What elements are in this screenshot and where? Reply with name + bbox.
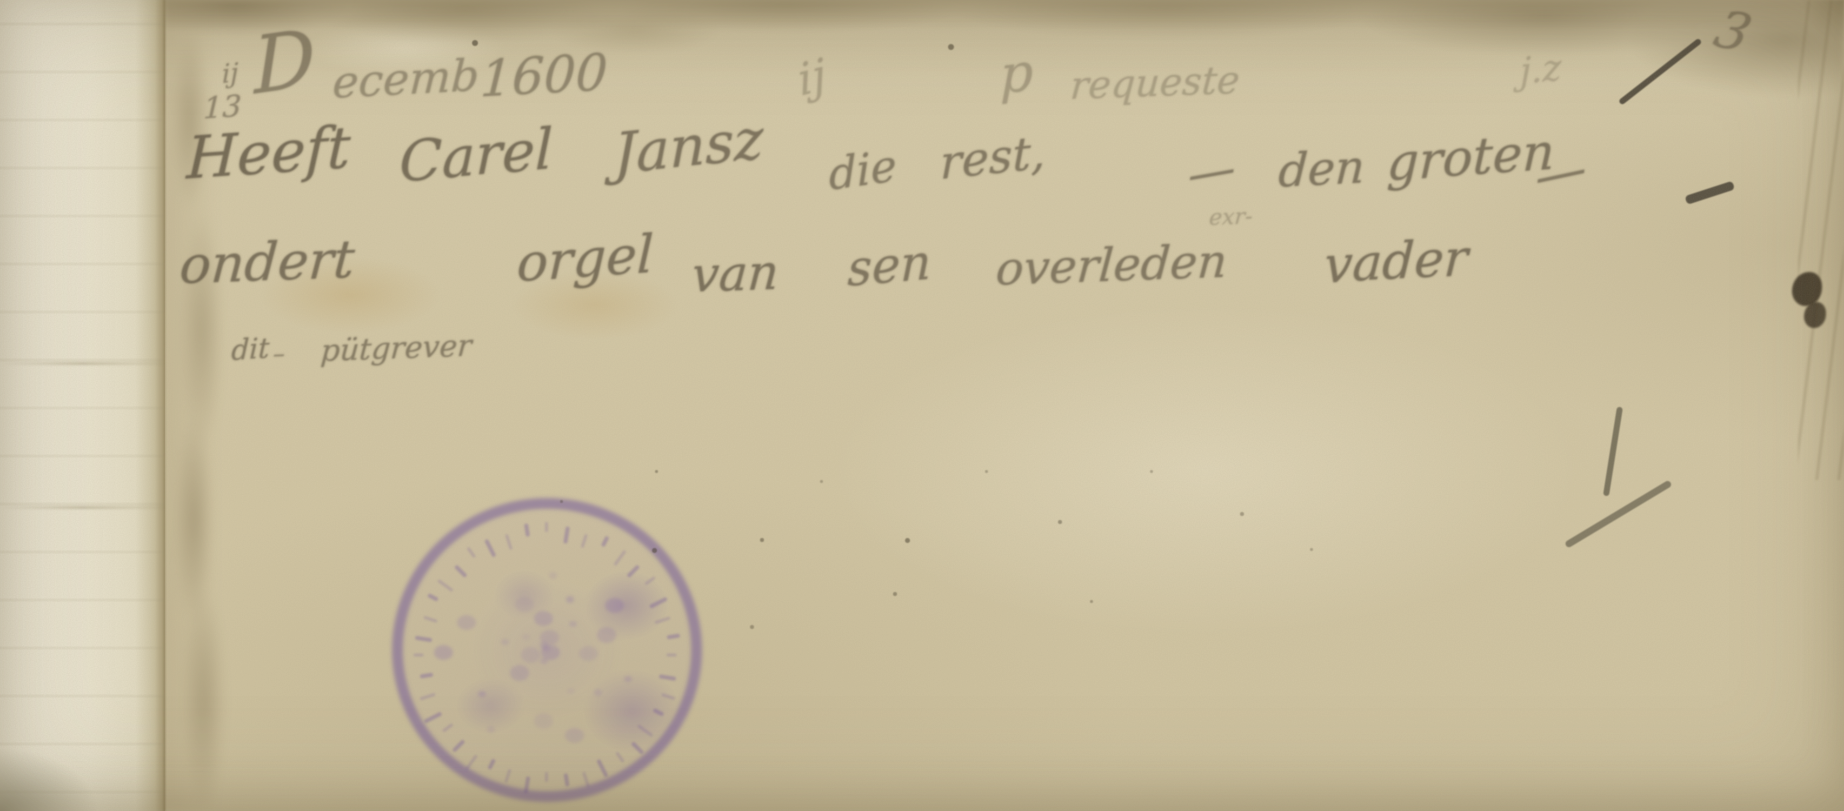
ink-speck — [750, 625, 754, 629]
ink-speck — [560, 500, 563, 503]
ink-speck — [820, 480, 823, 483]
ink-speck — [985, 470, 988, 473]
ink-speck — [1150, 470, 1153, 473]
ink-speck — [472, 40, 478, 46]
ink-speck — [652, 548, 657, 553]
ink-specks-layer — [0, 0, 1844, 811]
ink-speck — [1058, 520, 1062, 524]
manuscript-scan: ij13Decemb1600ijprequestej.zHeeftCarelJa… — [0, 0, 1844, 811]
ink-speck — [760, 538, 764, 542]
ink-speck — [1090, 600, 1093, 603]
ink-speck — [893, 592, 897, 596]
ink-speck — [948, 44, 954, 50]
ink-speck — [905, 538, 910, 543]
ink-speck — [655, 470, 658, 473]
ink-speck — [1310, 548, 1313, 551]
ink-speck — [1240, 512, 1244, 516]
